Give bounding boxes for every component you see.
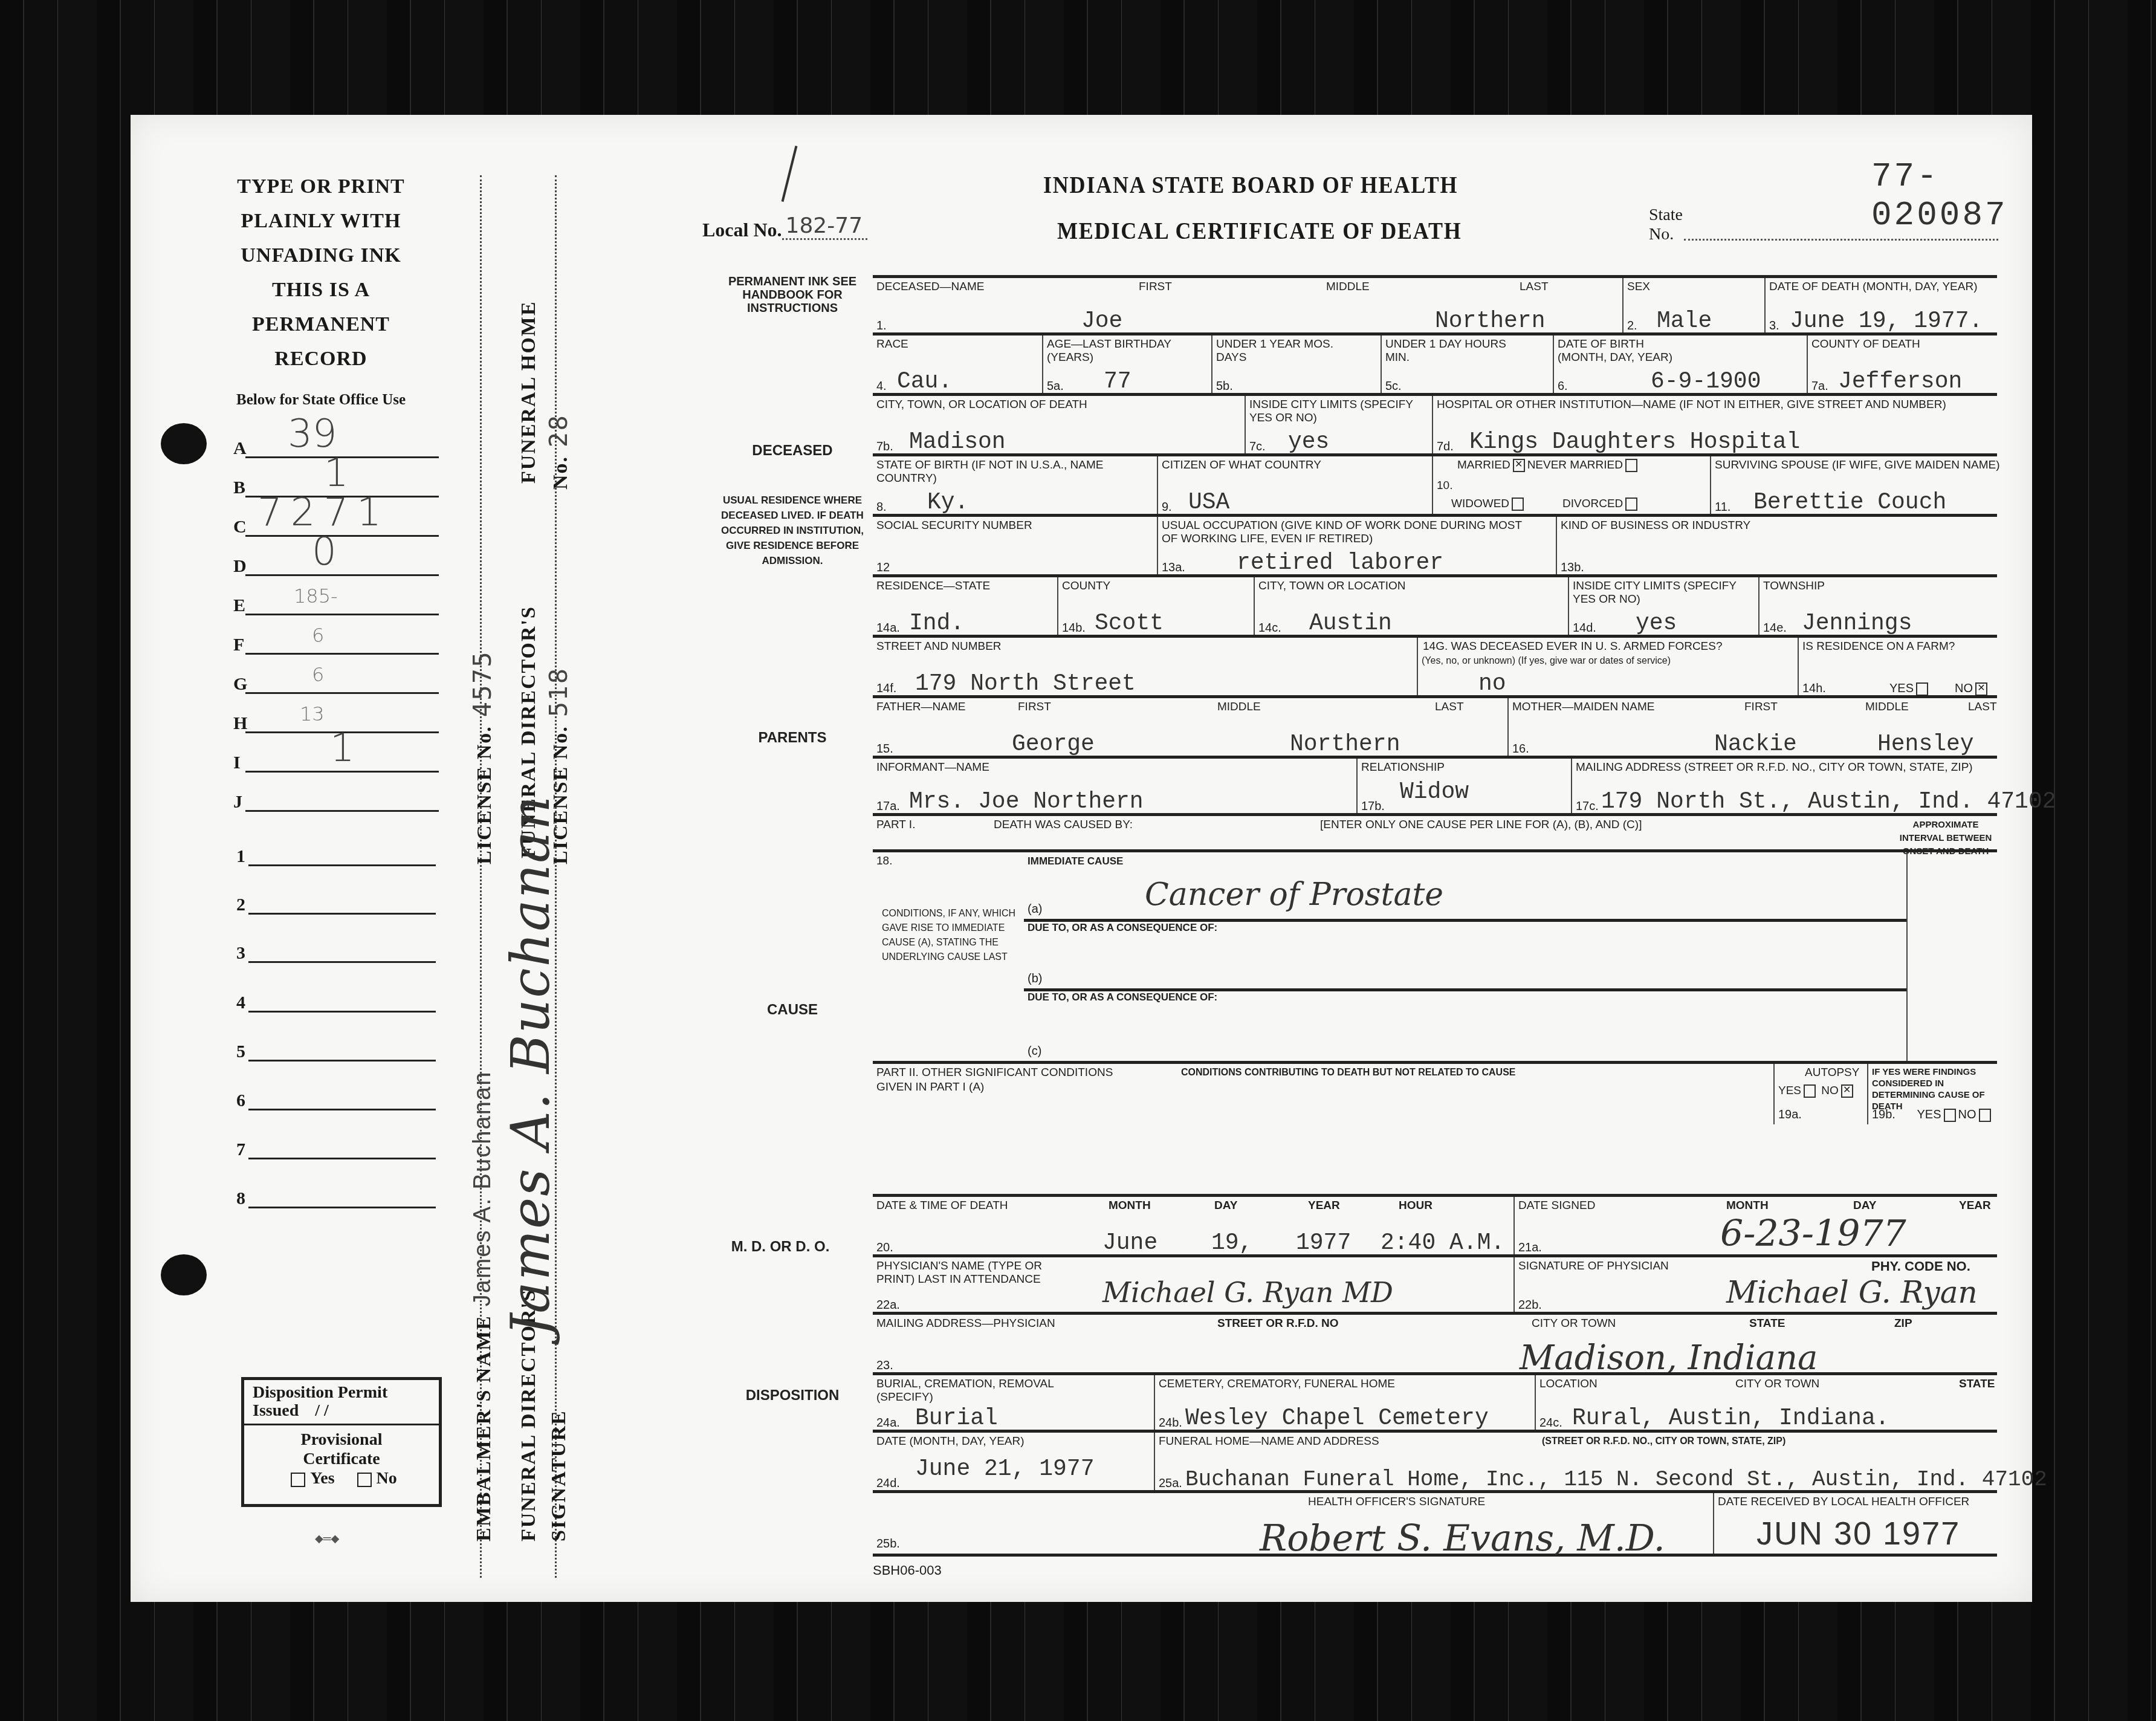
field-number: 14b. xyxy=(1062,621,1086,635)
field-burial-method[interactable]: BURIAL, CREMATION, REMOVAL (SPECIFY) 24a… xyxy=(873,1375,1154,1433)
field-number: 12 xyxy=(876,561,890,575)
label: STATE xyxy=(1959,1378,1995,1391)
field-date-signed[interactable]: DATE SIGNED MONTH DAY YEAR 21a. 6-23-197… xyxy=(1513,1197,1997,1257)
label: LAST xyxy=(1968,701,1997,714)
instruction-line: TYPE OR PRINT xyxy=(221,169,421,204)
numbered-line-5[interactable]: 5 xyxy=(248,1023,436,1061)
field-number: 24b. xyxy=(1159,1416,1182,1430)
instruction-line: RECORD xyxy=(221,342,421,376)
conditions-note: CONDITIONS, IF ANY, WHICH GAVE RISE TO I… xyxy=(882,907,1027,965)
label: STATE OF BIRTH (IF NOT IN U.S.A., NAME C… xyxy=(876,459,1142,485)
field-county-of-death[interactable]: COUNTY OF DEATH 7a. Jefferson xyxy=(1807,335,1997,396)
state-office-field-i[interactable]: I1 xyxy=(245,734,439,773)
state-office-field-d[interactable]: D0 xyxy=(245,538,439,576)
value: June 19, 1977. xyxy=(1790,308,1983,334)
field-number: 13b. xyxy=(1561,561,1584,575)
value: June 21, 1977 xyxy=(915,1456,1094,1482)
label: FIRST xyxy=(1018,701,1051,714)
field-residence-inside-city[interactable]: INSIDE CITY LIMITS (SPECIFY YES OR NO) 1… xyxy=(1568,577,1758,638)
field-number: 14h. xyxy=(1802,682,1826,696)
label: STREET OR R.F.D. NO xyxy=(1217,1317,1339,1330)
field-number: 25a. xyxy=(1159,1477,1182,1491)
field-number: 14f. xyxy=(876,682,896,696)
field-value: 6 xyxy=(312,663,324,686)
value: yes xyxy=(1288,429,1329,455)
field-number: 24a. xyxy=(876,1416,900,1430)
findings-no-checkbox[interactable] xyxy=(1979,1109,1991,1122)
field-number: 22a. xyxy=(876,1298,900,1312)
numbered-line-7[interactable]: 7 xyxy=(248,1121,436,1159)
field-value: 39 xyxy=(288,412,337,456)
section-md-do: M. D. OR D. O. xyxy=(717,1236,844,1258)
field-township[interactable]: TOWNSHIP 14e. Jennings xyxy=(1758,577,1997,638)
line-number: 2 xyxy=(236,895,245,915)
value: 179 North St., Austin, Ind. 47102 xyxy=(1601,789,2056,815)
line-label: (a) xyxy=(1028,903,1042,916)
field-value: 1 xyxy=(330,726,355,771)
farm-no-checkbox[interactable]: ✕ xyxy=(1975,682,1987,696)
mother-first: Nackie xyxy=(1714,731,1797,757)
field-number: 25b. xyxy=(876,1537,900,1551)
state-office-field-j[interactable]: J xyxy=(245,774,439,812)
label: YEAR xyxy=(1308,1199,1340,1213)
numbered-line-3[interactable]: 3 xyxy=(248,925,436,963)
state-office-field-g[interactable]: G6 xyxy=(245,656,439,694)
never-married-checkbox[interactable] xyxy=(1625,459,1637,472)
label: UNDER 1 YEAR MOS. DAYS xyxy=(1216,338,1337,365)
field-marital-status: MARRIED✕NEVER MARRIED 10. WIDOWEDDIVORCE… xyxy=(1432,456,1710,517)
divorced-checkbox[interactable] xyxy=(1625,498,1637,511)
field-number: 7d. xyxy=(1437,440,1454,454)
section-parents: PARENTS xyxy=(717,731,868,745)
field-letter: H xyxy=(233,713,247,734)
state-number-field[interactable] xyxy=(1684,239,1998,241)
label: HOUR xyxy=(1399,1199,1432,1213)
row-physician-address: MAILING ADDRESS—PHYSICIAN STREET OR R.F.… xyxy=(873,1312,1997,1375)
no-label: NO xyxy=(1955,682,1973,695)
label: IS RESIDENCE ON A FARM? xyxy=(1802,640,1955,653)
field-under-1-year[interactable]: UNDER 1 YEAR MOS. DAYS 5b. xyxy=(1211,335,1381,396)
label: FATHER—NAME xyxy=(876,701,965,714)
field-mother-name[interactable]: MOTHER—MAIDEN NAME FIRST MIDDLE LAST 16.… xyxy=(1507,698,1997,759)
field-date-of-birth[interactable]: DATE OF BIRTH (MONTH, DAY, YEAR) 6. 6-9-… xyxy=(1553,335,1807,396)
label: HEALTH OFFICER'S SIGNATURE xyxy=(1308,1496,1485,1509)
label: CEMETERY, CREMATORY, FUNERAL HOME xyxy=(1159,1378,1395,1391)
physician-signature: Michael G. Ryan xyxy=(1726,1275,1978,1310)
field-residence-city[interactable]: CITY, TOWN OR LOCATION 14c. Austin xyxy=(1254,577,1568,638)
immediate-cause-label: IMMEDIATE CAUSE xyxy=(1028,855,1123,868)
value: Austin xyxy=(1309,611,1392,637)
married-option: MARRIED✕NEVER MARRIED xyxy=(1457,459,1640,472)
numbered-line-4[interactable]: 4 xyxy=(248,974,436,1013)
row-birth-marital: STATE OF BIRTH (IF NOT IN U.S.A., NAME C… xyxy=(873,453,1997,517)
label: INSIDE CITY LIMITS (SPECIFY YES OR NO) xyxy=(1573,580,1742,606)
physician-code-label: PHY. CODE NO. xyxy=(1871,1260,1970,1273)
field-value: 185- xyxy=(294,585,338,608)
field-race[interactable]: RACE 4. Cau. xyxy=(873,335,1042,396)
field-number: 5c. xyxy=(1385,380,1402,394)
field-age[interactable]: AGE—LAST BIRTHDAY (YEARS) 5a. 77 xyxy=(1042,335,1211,396)
label: IF YES WERE FINDINGS CONSIDERED IN DETER… xyxy=(1872,1066,1996,1112)
usual-residence-note: USUAL RESIDENCE WHERE DECEASED LIVED. IF… xyxy=(717,493,868,568)
field-other-conditions[interactable]: PART II. OTHER SIGNIFICANT CONDITIONS GI… xyxy=(873,1064,1773,1124)
label: DATE (MONTH, DAY, YEAR) xyxy=(876,1435,1025,1448)
due-to-label: DUE TO, OR AS A CONSEQUENCE OF: xyxy=(1028,991,1217,1004)
married-checkbox[interactable]: ✕ xyxy=(1513,459,1525,472)
row-street: STREET AND NUMBER 14f. 179 North Street … xyxy=(873,635,1997,698)
value: 6-9-1900 xyxy=(1651,369,1761,395)
field-state-of-birth[interactable]: STATE OF BIRTH (IF NOT IN U.S.A., NAME C… xyxy=(873,456,1157,517)
section-deceased: DECEASED xyxy=(717,444,868,458)
field-sex[interactable]: SEX 2. Male xyxy=(1622,278,1764,335)
label: FUNERAL HOME—NAME AND ADDRESS xyxy=(1159,1435,1379,1448)
row-residence: RESIDENCE—STATE 14a. Ind. COUNTY 14b. Sc… xyxy=(873,574,1997,638)
field-business-industry[interactable]: KIND OF BUSINESS OR INDUSTRY 13b. xyxy=(1556,517,1997,577)
label: INSIDE CITY LIMITS (SPECIFY YES OR NO) xyxy=(1249,398,1425,425)
year-value: 1977 xyxy=(1296,1230,1351,1256)
label: BURIAL, CREMATION, REMOVAL (SPECIFY) xyxy=(876,1378,1058,1404)
field-health-officer-signature[interactable]: HEALTH OFFICER'S SIGNATURE 25b. Robert S… xyxy=(873,1493,1713,1554)
label: SOCIAL SECURITY NUMBER xyxy=(876,519,1032,533)
month-value: June xyxy=(1102,1230,1157,1256)
field-number: 1. xyxy=(876,319,887,333)
yes-label: YES xyxy=(1917,1108,1941,1121)
no-label: NO xyxy=(1821,1084,1839,1097)
provisional-certificate: Provisional Certificate Yes No xyxy=(244,1425,439,1488)
field-city-of-death[interactable]: CITY, TOWN, OR LOCATION OF DEATH 7b. Mad… xyxy=(873,396,1245,456)
field-number: 16. xyxy=(1512,742,1529,756)
field-number: 9. xyxy=(1162,501,1172,514)
field-number: 14e. xyxy=(1763,621,1787,635)
field-number: 5b. xyxy=(1216,380,1233,394)
agency-title: INDIANA STATE BOARD OF HEALTH xyxy=(1043,170,1458,199)
widowed-divorced-options: WIDOWEDDIVORCED xyxy=(1451,498,1640,511)
blank-spacer xyxy=(873,1121,1997,1194)
label: LOCATION xyxy=(1539,1378,1598,1391)
label: DATE RECEIVED BY LOCAL HEALTH OFFICER xyxy=(1718,1496,1969,1509)
field-residence-county[interactable]: COUNTY 14b. Scott xyxy=(1057,577,1254,638)
field-number: 17c. xyxy=(1576,800,1599,814)
label: STATE xyxy=(1749,1317,1785,1330)
punch-hole xyxy=(161,1254,207,1295)
field-surviving-spouse[interactable]: SURVIVING SPOUSE (IF WIFE, GIVE MAIDEN N… xyxy=(1710,456,1997,517)
field-number: 23. xyxy=(876,1359,893,1373)
field-letter: G xyxy=(233,674,247,695)
row-occupation: SOCIAL SECURITY NUMBER 12 USUAL OCCUPATI… xyxy=(873,514,1997,577)
value: no xyxy=(1478,671,1506,697)
field-physician-signature[interactable]: SIGNATURE OF PHYSICIAN PHY. CODE NO. 22b… xyxy=(1513,1257,1997,1315)
label: COUNTY xyxy=(1062,580,1110,593)
label: FIRST xyxy=(1744,701,1778,714)
state-office-field-e[interactable]: E185- xyxy=(245,577,439,615)
row-disposition: BURIAL, CREMATION, REMOVAL (SPECIFY) 24a… xyxy=(873,1372,1997,1433)
field-under-1-day[interactable]: UNDER 1 DAY HOURS MIN. 5c. xyxy=(1381,335,1553,396)
field-date-of-death[interactable]: DATE OF DEATH (MONTH, DAY, YEAR) 3. June… xyxy=(1764,278,1997,335)
line-number: 1 xyxy=(236,846,245,867)
contributing-label: CONDITIONS CONTRIBUTING TO DEATH BUT NOT… xyxy=(1181,1066,1515,1080)
field-number: 11. xyxy=(1715,501,1730,514)
label: RESIDENCE—STATE xyxy=(876,580,990,593)
field-cemetery[interactable]: CEMETERY, CREMATORY, FUNERAL HOME 24b. W… xyxy=(1154,1375,1535,1433)
field-deceased-name[interactable]: DECEASED—NAME FIRST MIDDLE LAST 1. Joe N… xyxy=(873,278,1622,335)
value: Jefferson xyxy=(1838,369,1962,395)
field-number: 17a. xyxy=(876,800,900,814)
label: DATE OF DEATH (MONTH, DAY, YEAR) xyxy=(1769,280,1978,294)
field-number: 18. xyxy=(876,855,892,868)
part-1-label: PART I. xyxy=(876,818,915,832)
value: yes xyxy=(1636,611,1677,637)
label: DATE OF BIRTH (MONTH, DAY, YEAR) xyxy=(1558,338,1691,365)
signature-label: SIGNATURE xyxy=(548,1410,571,1541)
row-race-age: RACE 4. Cau. AGE—LAST BIRTHDAY (YEARS) 5… xyxy=(873,332,1997,396)
label: MIDDLE xyxy=(1865,701,1909,714)
row-informant: INFORMANT—NAME 17a. Mrs. Joe Northern RE… xyxy=(873,756,1997,816)
label: INFORMANT—NAME xyxy=(876,761,989,774)
line-number: 4 xyxy=(236,993,245,1013)
funeral-home-number: No.28 xyxy=(545,414,573,490)
autopsy-yes-checkbox[interactable] xyxy=(1804,1084,1816,1098)
cause-line-c[interactable]: DUE TO, OR AS A CONSEQUENCE OF: (c) xyxy=(1024,988,1906,1061)
row-date-time-signed: DATE & TIME OF DEATH MONTH DAY YEAR HOUR… xyxy=(873,1194,1997,1257)
date-signed-value: 6-23-1977 xyxy=(1720,1213,1906,1255)
value: Mrs. Joe Northern xyxy=(909,789,1144,815)
field-ssn[interactable]: SOCIAL SECURITY NUMBER 12 xyxy=(873,517,1157,577)
certificate-title: MEDICAL CERTIFICATE OF DEATH xyxy=(1057,216,1462,245)
label: PART II. OTHER SIGNIFICANT CONDITIONS xyxy=(876,1066,1113,1080)
field-number: 19a. xyxy=(1778,1108,1802,1122)
field-letter: C xyxy=(233,517,247,537)
label: HOSPITAL OR OTHER INSTITUTION—NAME (IF N… xyxy=(1437,398,1946,412)
section-cause: CAUSE xyxy=(717,1003,868,1017)
punch-hole xyxy=(161,423,207,464)
field-citizenship[interactable]: CITIZEN OF WHAT COUNTRY 9. USA xyxy=(1157,456,1432,517)
value: Cau. xyxy=(897,369,952,395)
label: CITY, TOWN, OR LOCATION OF DEATH xyxy=(876,398,1087,412)
numbered-line-2[interactable]: 2 xyxy=(248,877,436,915)
label: SEX xyxy=(1627,280,1650,294)
physician-name-value: Michael G. Ryan MD xyxy=(1102,1276,1393,1309)
label: YEAR xyxy=(1959,1199,1991,1213)
field-value: 1 xyxy=(324,451,349,496)
field-letter: J xyxy=(233,792,242,812)
field-number: 17b. xyxy=(1361,800,1385,814)
line-label: (c) xyxy=(1028,1045,1041,1058)
value: Burial xyxy=(915,1405,998,1431)
field-number: 14c. xyxy=(1258,621,1281,635)
field-number: 22b. xyxy=(1518,1298,1542,1312)
instruction-line: PLAINLY WITH xyxy=(221,204,421,238)
value: retired laborer xyxy=(1237,550,1443,576)
provisional-no-checkbox[interactable] xyxy=(357,1473,372,1487)
row-name: DECEASED—NAME FIRST MIDDLE LAST 1. Joe N… xyxy=(873,275,1997,335)
margin-tick xyxy=(782,146,798,202)
label: COUNTY OF DEATH xyxy=(1811,338,1920,351)
label: AUTOPSY xyxy=(1805,1066,1859,1080)
hour-value: 2:40 A.M. xyxy=(1381,1230,1504,1256)
farm-yes-checkbox[interactable] xyxy=(1916,682,1928,696)
label: LAST xyxy=(1435,701,1464,714)
widowed-checkbox[interactable] xyxy=(1512,498,1524,511)
label: DECEASED—NAME xyxy=(876,280,984,294)
father-first: George xyxy=(1012,731,1095,757)
field-street-number[interactable]: STREET AND NUMBER 14f. 179 North Street xyxy=(873,638,1417,698)
due-to-label: DUE TO, OR AS A CONSEQUENCE OF: xyxy=(1028,921,1217,935)
label: MONTH xyxy=(1109,1199,1151,1213)
instruction-line: UNFADING INK xyxy=(221,238,421,273)
numbered-line-6[interactable]: 6 xyxy=(248,1072,436,1110)
no-label: NO xyxy=(1958,1108,1976,1121)
disposition-permit-box: Disposition Permit Issued / / Provisiona… xyxy=(241,1377,442,1507)
label: SURVIVING SPOUSE (IF WIFE, GIVE MAIDEN N… xyxy=(1715,459,2000,472)
health-officer-signature: Robert S. Evans, M.D. xyxy=(1260,1517,1665,1560)
label: FIRST xyxy=(1139,280,1172,294)
value: Berettie Couch xyxy=(1753,490,1946,516)
funeral-director-signature: James A. Buchanan xyxy=(499,795,562,1336)
field-hospital[interactable]: HOSPITAL OR OTHER INSTITUTION—NAME (IF N… xyxy=(1432,396,1997,456)
field-number: 19b. xyxy=(1872,1108,1895,1121)
numbered-line-1[interactable]: 1 xyxy=(248,828,436,866)
day-value: 19, xyxy=(1211,1230,1252,1256)
value: Rural, Austin, Indiana. xyxy=(1572,1405,1889,1431)
label: KIND OF BUSINESS OR INDUSTRY xyxy=(1561,519,1750,533)
field-number: 10. xyxy=(1437,479,1452,493)
field-letter: D xyxy=(233,556,247,577)
value: Jennings xyxy=(1802,611,1912,637)
label: DAY xyxy=(1853,1199,1876,1213)
union-printer-mark-icon: ◆═◆ xyxy=(315,1532,339,1545)
row-place-of-death: CITY, TOWN, OR LOCATION OF DEATH 7b. Mad… xyxy=(873,393,1997,456)
instruction-line: PERMANENT xyxy=(221,307,421,342)
autopsy-no-checkbox[interactable]: ✕ xyxy=(1841,1084,1853,1098)
row-part-2: PART II. OTHER SIGNIFICANT CONDITIONS GI… xyxy=(873,1061,1997,1124)
line-number: 8 xyxy=(236,1188,245,1209)
field-value: 13 xyxy=(300,702,325,725)
value: USA xyxy=(1188,490,1229,516)
state-office-field-f[interactable]: F6 xyxy=(245,617,439,655)
permit-issued: Disposition Permit Issued / / xyxy=(244,1380,439,1425)
caused-by-label: DEATH WAS CAUSED BY: xyxy=(994,818,1133,832)
label: CITY OR TOWN xyxy=(1532,1317,1616,1330)
field-number: 21a. xyxy=(1518,1241,1542,1255)
field-value: 7271 xyxy=(257,490,390,535)
mother-last: Hensley xyxy=(1877,731,1974,757)
label: STREET AND NUMBER xyxy=(876,640,1002,653)
field-mailing-address[interactable]: MAILING ADDRESS (STREET OR R.F.D. NO., C… xyxy=(1571,759,1997,816)
yes-label: Yes xyxy=(310,1469,334,1488)
field-autopsy: AUTOPSY YES NO✕ 19a. xyxy=(1773,1064,1867,1124)
provisional-yes-checkbox[interactable] xyxy=(291,1473,305,1487)
field-inside-city-limits[interactable]: INSIDE CITY LIMITS (SPECIFY YES OR NO) 7… xyxy=(1245,396,1432,456)
value: Scott xyxy=(1095,611,1164,637)
label: MAILING ADDRESS—PHYSICIAN xyxy=(876,1317,1055,1330)
field-letter: I xyxy=(233,753,241,773)
certificate-form: Local No.182-77 INDIANA STATE BOARD OF H… xyxy=(741,115,2032,1602)
yes-label: YES xyxy=(1778,1084,1801,1097)
funeral-home-label: FUNERAL HOME xyxy=(517,300,540,484)
row-cause: 18. CONDITIONS, IF ANY, WHICH GAVE RISE … xyxy=(873,849,1997,1064)
field-value: 6 xyxy=(312,624,324,647)
permit-date: / / xyxy=(315,1401,329,1420)
field-relationship[interactable]: RELATIONSHIP 17b. Widow xyxy=(1356,759,1571,816)
label: AGE—LAST BIRTHDAY (YEARS) xyxy=(1047,338,1198,365)
label: WAS DECEASED EVER IN U. S. ARMED FORCES? xyxy=(1451,640,1722,653)
line-number: 3 xyxy=(236,943,245,964)
field-disposition-date[interactable]: DATE (MONTH, DAY, YEAR) 24d. June 21, 19… xyxy=(873,1433,1154,1493)
sub-label: (STREET OR R.F.D. NO., CITY OR TOWN, STA… xyxy=(1542,1435,1785,1448)
interval-column[interactable] xyxy=(1906,852,1998,1064)
line-number: 6 xyxy=(236,1091,245,1111)
field-number: 13a. xyxy=(1162,561,1185,575)
field-informant-name[interactable]: INFORMANT—NAME 17a. Mrs. Joe Northern xyxy=(873,759,1356,816)
field-physician-name[interactable]: PHYSICIAN'S NAME (TYPE OR PRINT) LAST IN… xyxy=(873,1257,1513,1315)
label: ZIP xyxy=(1894,1317,1912,1330)
line-label: (b) xyxy=(1028,972,1042,986)
cause-line-b[interactable]: DUE TO, OR AS A CONSEQUENCE OF: (b) xyxy=(1024,919,1906,991)
row-parents: FATHER—NAME FIRST MIDDLE LAST 15. George… xyxy=(873,695,1997,759)
field-date-received[interactable]: DATE RECEIVED BY LOCAL HEALTH OFFICER JU… xyxy=(1713,1493,1997,1554)
field-number: 24c. xyxy=(1539,1416,1562,1430)
row-physician: PHYSICIAN'S NAME (TYPE OR PRINT) LAST IN… xyxy=(873,1254,1997,1315)
field-number: 7a. xyxy=(1811,380,1828,394)
value: Kings Daughters Hospital xyxy=(1469,429,1800,455)
permanent-ink-note: PERMANENT INK SEE HANDBOOK FOR INSTRUCTI… xyxy=(717,275,868,315)
label: CITY, TOWN OR LOCATION xyxy=(1258,580,1406,593)
field-usual-occupation[interactable]: USUAL OCCUPATION (GIVE KIND OF WORK DONE… xyxy=(1157,517,1556,577)
field-armed-forces[interactable]: 14g. WAS DECEASED EVER IN U. S. ARMED FO… xyxy=(1417,638,1798,698)
row-part-1-header: PART I. DEATH WAS CAUSED BY: [ENTER ONLY… xyxy=(873,813,1997,852)
label: PHYSICIAN'S NAME (TYPE OR PRINT) LAST IN… xyxy=(876,1260,1082,1286)
field-number: 24d. xyxy=(876,1477,900,1491)
field-number: 7b. xyxy=(876,440,893,454)
numbered-line-8[interactable]: 8 xyxy=(248,1170,436,1208)
field-father-name[interactable]: FATHER—NAME FIRST MIDDLE LAST 15. George… xyxy=(873,698,1507,759)
provisional-label: Provisional Certificate xyxy=(281,1430,402,1469)
field-number: 8. xyxy=(876,501,887,514)
label: TOWNSHIP xyxy=(1763,580,1825,593)
field-residence-state[interactable]: RESIDENCE—STATE 14a. Ind. xyxy=(873,577,1057,638)
field-date-time-of-death[interactable]: DATE & TIME OF DEATH MONTH DAY YEAR HOUR… xyxy=(873,1197,1513,1257)
label: LAST xyxy=(1520,280,1549,294)
field-cemetery-location[interactable]: LOCATION CITY OR TOWN STATE 24c. Rural, … xyxy=(1535,1375,1997,1433)
findings-yes-checkbox[interactable] xyxy=(1944,1109,1956,1122)
value: Madison xyxy=(909,429,1006,455)
field-number: 7c. xyxy=(1249,440,1266,454)
label: UNDER 1 DAY HOURS MIN. xyxy=(1385,338,1506,365)
field-farm-residence: IS RESIDENCE ON A FARM? 14h. YESNO✕ xyxy=(1798,638,1997,698)
field-number: 5a. xyxy=(1047,380,1064,394)
sub-label: GIVEN IN PART I (A) xyxy=(876,1081,984,1094)
cause-line-a[interactable]: IMMEDIATE CAUSE (a) Cancer of Prostate xyxy=(1024,852,1906,922)
father-last: Northern xyxy=(1290,731,1400,757)
state-office-field-c[interactable]: C7271 xyxy=(245,499,439,537)
field-letter: F xyxy=(233,635,244,655)
value: 77 xyxy=(1104,369,1131,395)
field-funeral-home[interactable]: FUNERAL HOME—NAME AND ADDRESS (STREET OR… xyxy=(1154,1433,1997,1493)
field-physician-mailing-address[interactable]: MAILING ADDRESS—PHYSICIAN STREET OR R.F.… xyxy=(873,1315,1997,1375)
section-disposition: DISPOSITION xyxy=(717,1389,868,1402)
immediate-cause-value: Cancer of Prostate xyxy=(1145,877,1443,913)
field-number: 14g. xyxy=(1423,640,1448,653)
value: Ky. xyxy=(927,490,968,516)
field-number: 6. xyxy=(1558,380,1568,394)
label: RELATIONSHIP xyxy=(1361,761,1445,774)
instruction-label: [ENTER ONLY ONE CAUSE PER LINE FOR (a), … xyxy=(1320,818,1642,832)
label: MIDDLE xyxy=(1217,701,1261,714)
instruction-line: THIS IS A xyxy=(221,273,421,307)
value: 179 North Street xyxy=(915,671,1136,697)
instructions-block: TYPE OR PRINT PLAINLY WITH UNFADING INK … xyxy=(221,169,421,376)
embalmer-license: LICENSE No.4575 xyxy=(469,650,497,864)
